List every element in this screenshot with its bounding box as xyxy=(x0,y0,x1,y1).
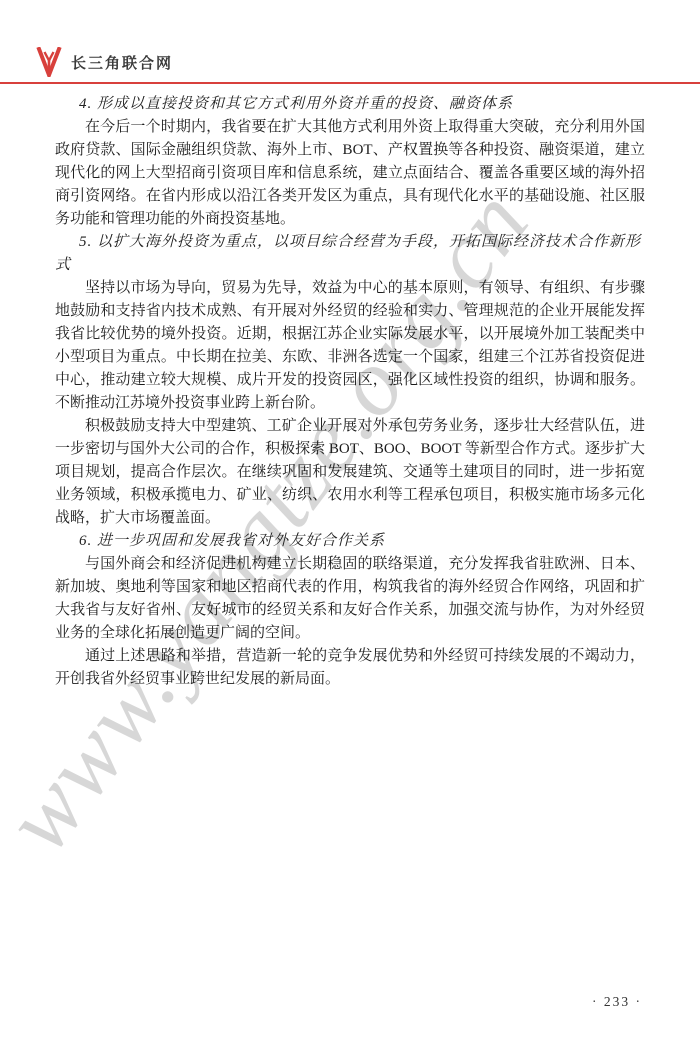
paragraph-overseas-investment: 坚持以市场为导向，贸易为先导，效益为中心的基本原则，有领导、有组织、有步骤地鼓励… xyxy=(55,277,645,415)
section-heading-6: 6. 进一步巩固和发展我省对外友好合作关系 xyxy=(55,530,645,553)
paragraph-investment-channels: 在今后一个时期内，我省要在扩大其他方式利用外资上取得重大突破，充分利用外国政府贷… xyxy=(55,116,645,231)
section-heading-5: 5. 以扩大海外投资为重点，以项目综合经营为手段，开拓国际经济技术合作新形式 xyxy=(55,231,645,277)
page-number: · 233 · xyxy=(592,994,642,1010)
paragraph-conclusion: 通过上述思路和举措，营造新一轮的竞争发展优势和外经贸可持续发展的不竭动力，开创我… xyxy=(55,645,645,691)
section-heading-4: 4. 形成以直接投资和其它方式利用外资并重的投资、融资体系 xyxy=(55,93,645,116)
site-name[interactable]: 长三角联合网 xyxy=(71,52,173,73)
document-page: 长三角联合网 www.yangtze.org.cn 4. 形成以直接投资和其它方… xyxy=(0,0,700,1064)
document-body: 4. 形成以直接投资和其它方式利用外资并重的投资、融资体系 在今后一个时期内，我… xyxy=(55,93,645,691)
site-header: 长三角联合网 xyxy=(36,46,173,78)
header-divider xyxy=(0,82,700,84)
paragraph-friendly-cooperation: 与国外商会和经济促进机构建立长期稳固的联络渠道，充分发挥我省驻欧洲、日本、新加坡… xyxy=(55,553,645,645)
paragraph-contracting-business: 积极鼓励支持大中型建筑、工矿企业开展对外承包劳务业务，逐步壮大经营队伍，进一步密… xyxy=(55,415,645,530)
site-logo-icon[interactable] xyxy=(36,47,62,77)
